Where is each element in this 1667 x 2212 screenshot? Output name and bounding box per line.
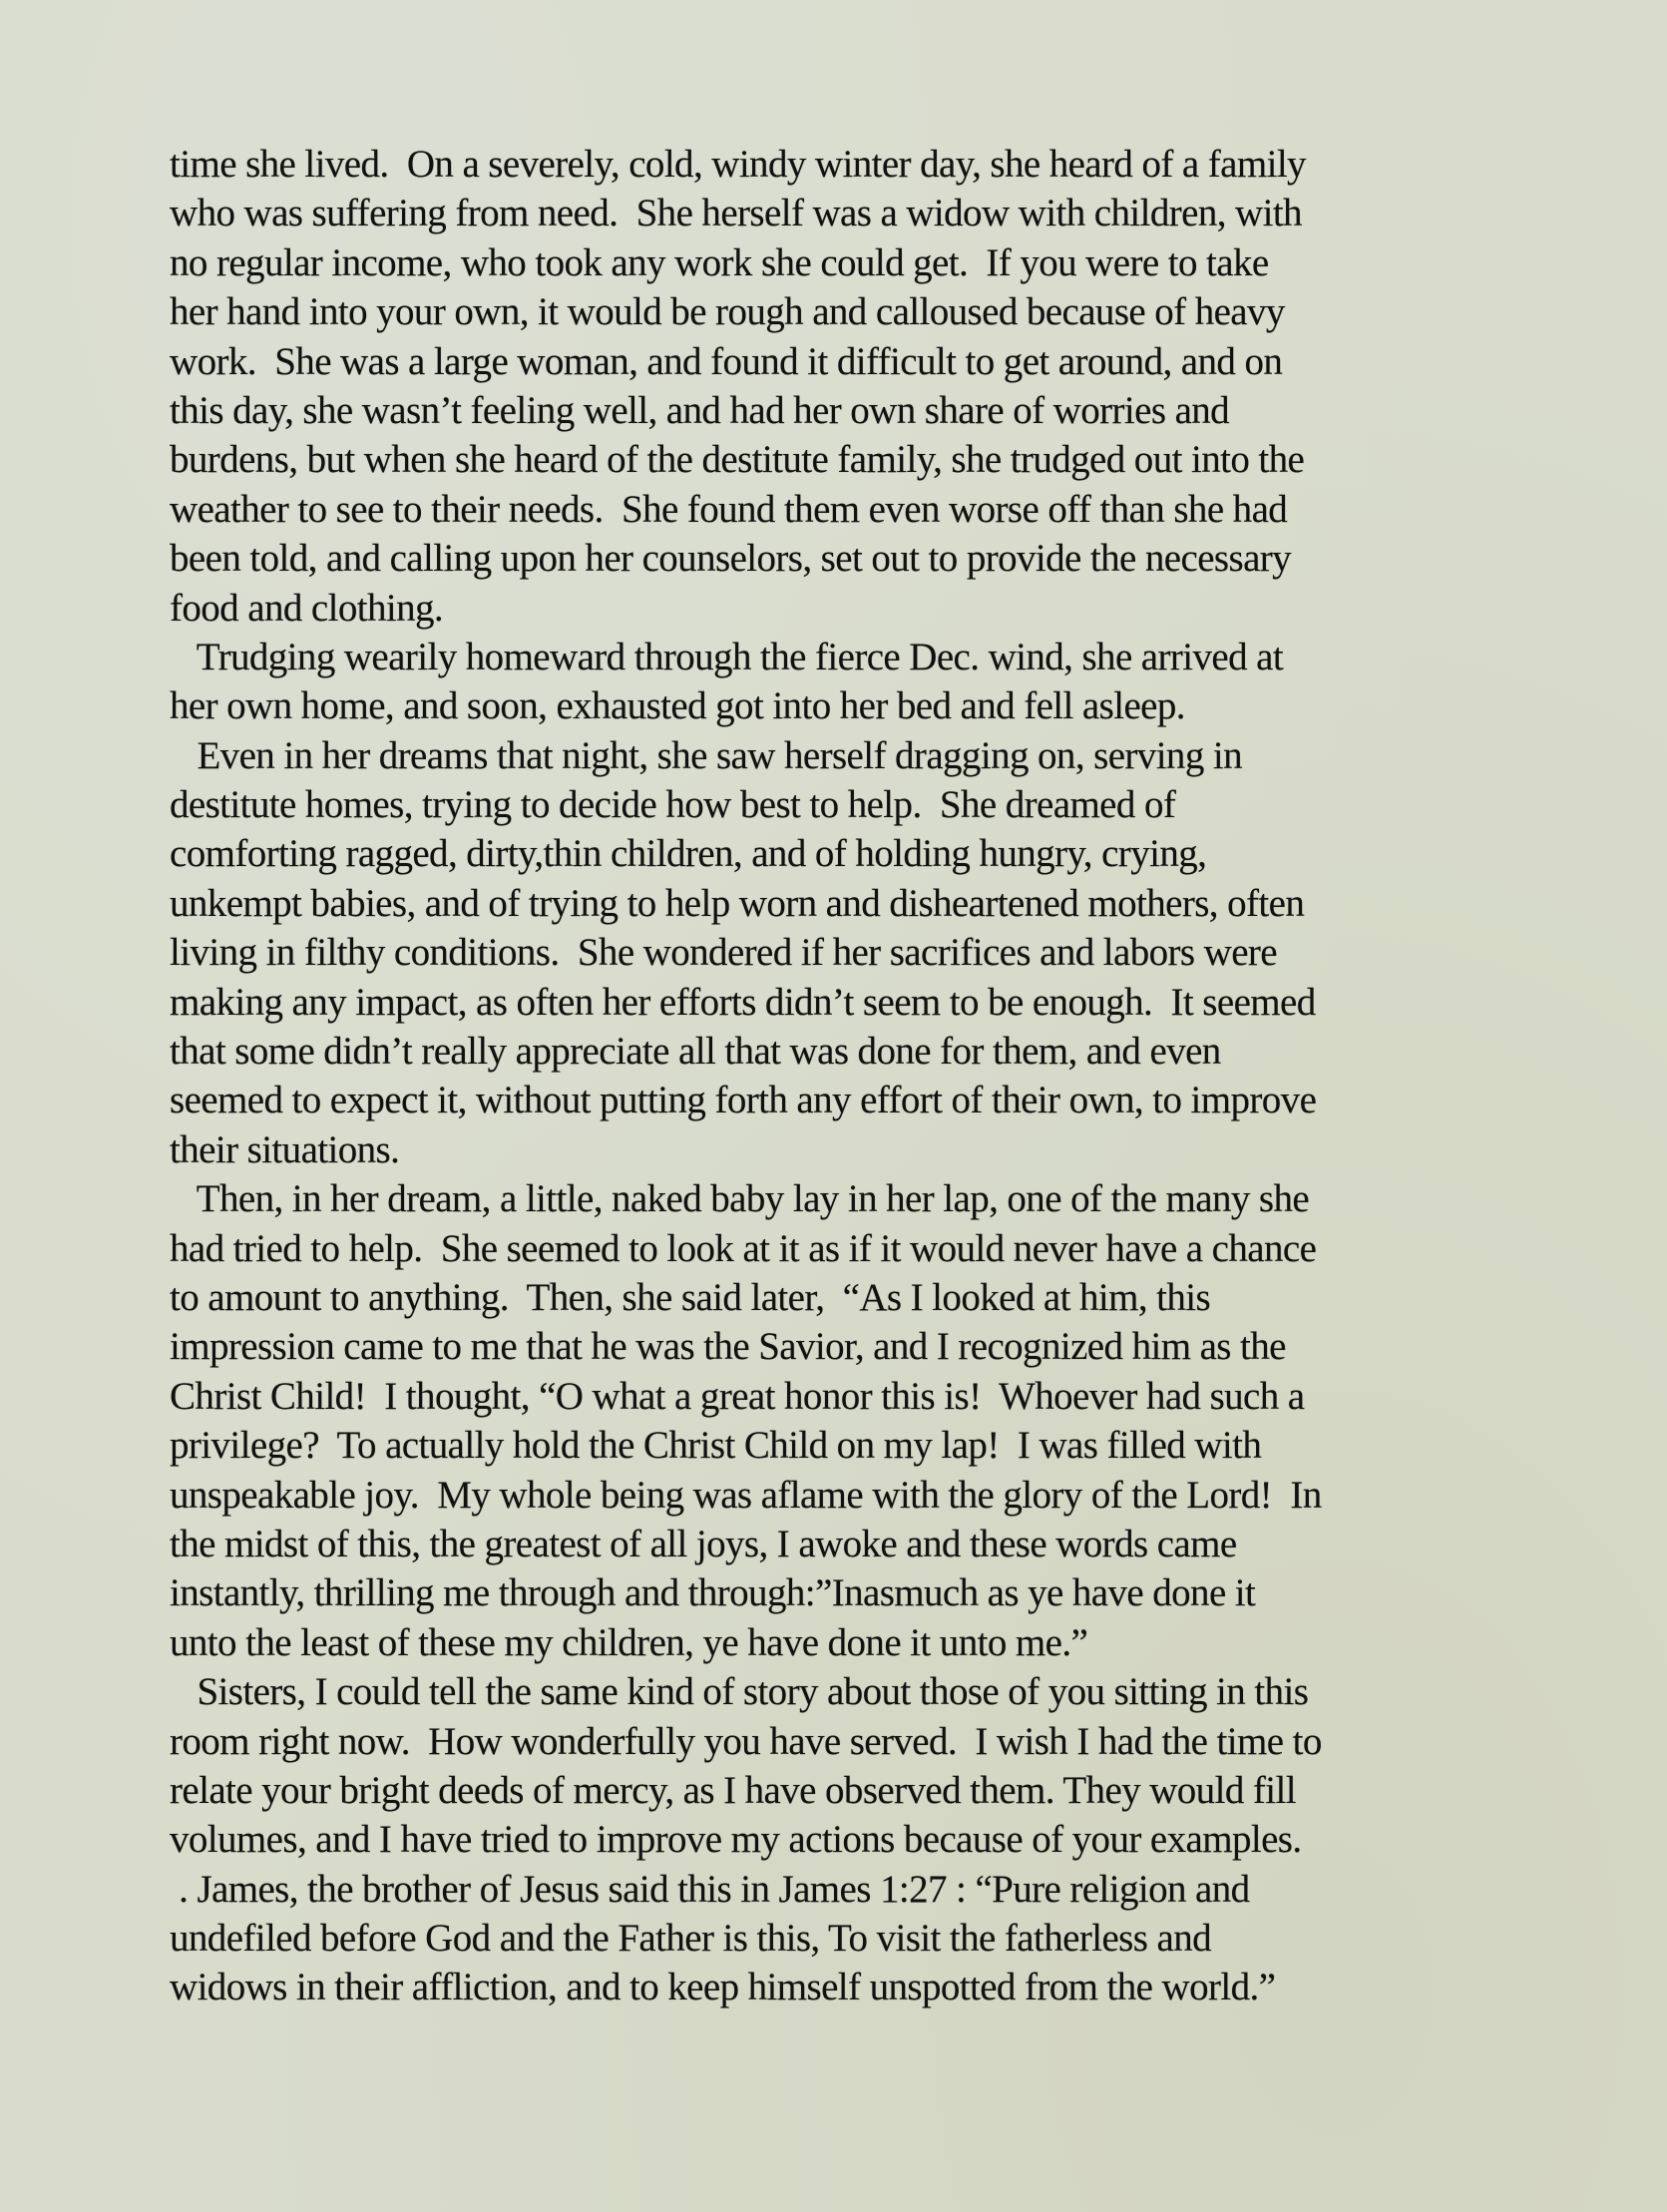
text-line: unto the least of these my children, ye … <box>170 1618 1526 1667</box>
text-line: making any impact, as often her efforts … <box>170 978 1526 1027</box>
document-page: time she lived. On a severely, cold, win… <box>170 140 1526 2012</box>
text-line: instantly, thrilling me through and thro… <box>170 1568 1526 1617</box>
text-line: unspeakable joy. My whole being was afla… <box>170 1471 1526 1520</box>
text-line: Sisters, I could tell the same kind of s… <box>170 1667 1526 1716</box>
text-line: no regular income, who took any work she… <box>170 238 1526 287</box>
text-line: unkempt babies, and of trying to help wo… <box>170 879 1526 928</box>
text-line: her hand into your own, it would be roug… <box>170 287 1526 336</box>
text-line: her own home, and soon, exhausted got in… <box>170 681 1526 730</box>
text-line: comforting ragged, dirty,thin children, … <box>170 829 1526 878</box>
text-line: privilege? To actually hold the Christ C… <box>170 1421 1526 1470</box>
text-line: seemed to expect it, without putting for… <box>170 1076 1526 1124</box>
text-line: living in filthy conditions. She wondere… <box>170 928 1526 977</box>
text-line: their situations. <box>170 1125 1526 1174</box>
text-line: who was suffering from need. She herself… <box>170 189 1526 237</box>
text-line: Christ Child! I thought, “O what a great… <box>170 1372 1526 1421</box>
text-line: volumes, and I have tried to improve my … <box>170 1815 1526 1864</box>
text-line: weather to see to their needs. She found… <box>170 485 1526 534</box>
text-line: Trudging wearily homeward through the fi… <box>170 633 1526 681</box>
text-line: food and clothing. <box>170 584 1526 633</box>
text-line: work. She was a large woman, and found i… <box>170 337 1526 386</box>
text-line: Even in her dreams that night, she saw h… <box>170 731 1526 780</box>
text-line: impression came to me that he was the Sa… <box>170 1322 1526 1371</box>
text-line: widows in their affliction, and to keep … <box>170 1963 1526 2011</box>
text-line: . James, the brother of Jesus said this … <box>170 1865 1526 1914</box>
text-line: been told, and calling upon her counselo… <box>170 534 1526 583</box>
text-line: had tried to help. She seemed to look at… <box>170 1224 1526 1273</box>
text-line: burdens, but when she heard of the desti… <box>170 435 1526 484</box>
text-line: room right now. How wonderfully you have… <box>170 1717 1526 1766</box>
text-line: this day, she wasn’t feeling well, and h… <box>170 386 1526 435</box>
text-line: to amount to anything. Then, she said la… <box>170 1273 1526 1322</box>
text-line: undefiled before God and the Father is t… <box>170 1914 1526 1963</box>
text-line: Then, in her dream, a little, naked baby… <box>170 1174 1526 1223</box>
text-line: the midst of this, the greatest of all j… <box>170 1520 1526 1568</box>
text-line: destitute homes, trying to decide how be… <box>170 780 1526 829</box>
text-line: relate your bright deeds of mercy, as I … <box>170 1766 1526 1815</box>
text-line: that some didn’t really appreciate all t… <box>170 1027 1526 1076</box>
text-line: time she lived. On a severely, cold, win… <box>170 140 1526 189</box>
